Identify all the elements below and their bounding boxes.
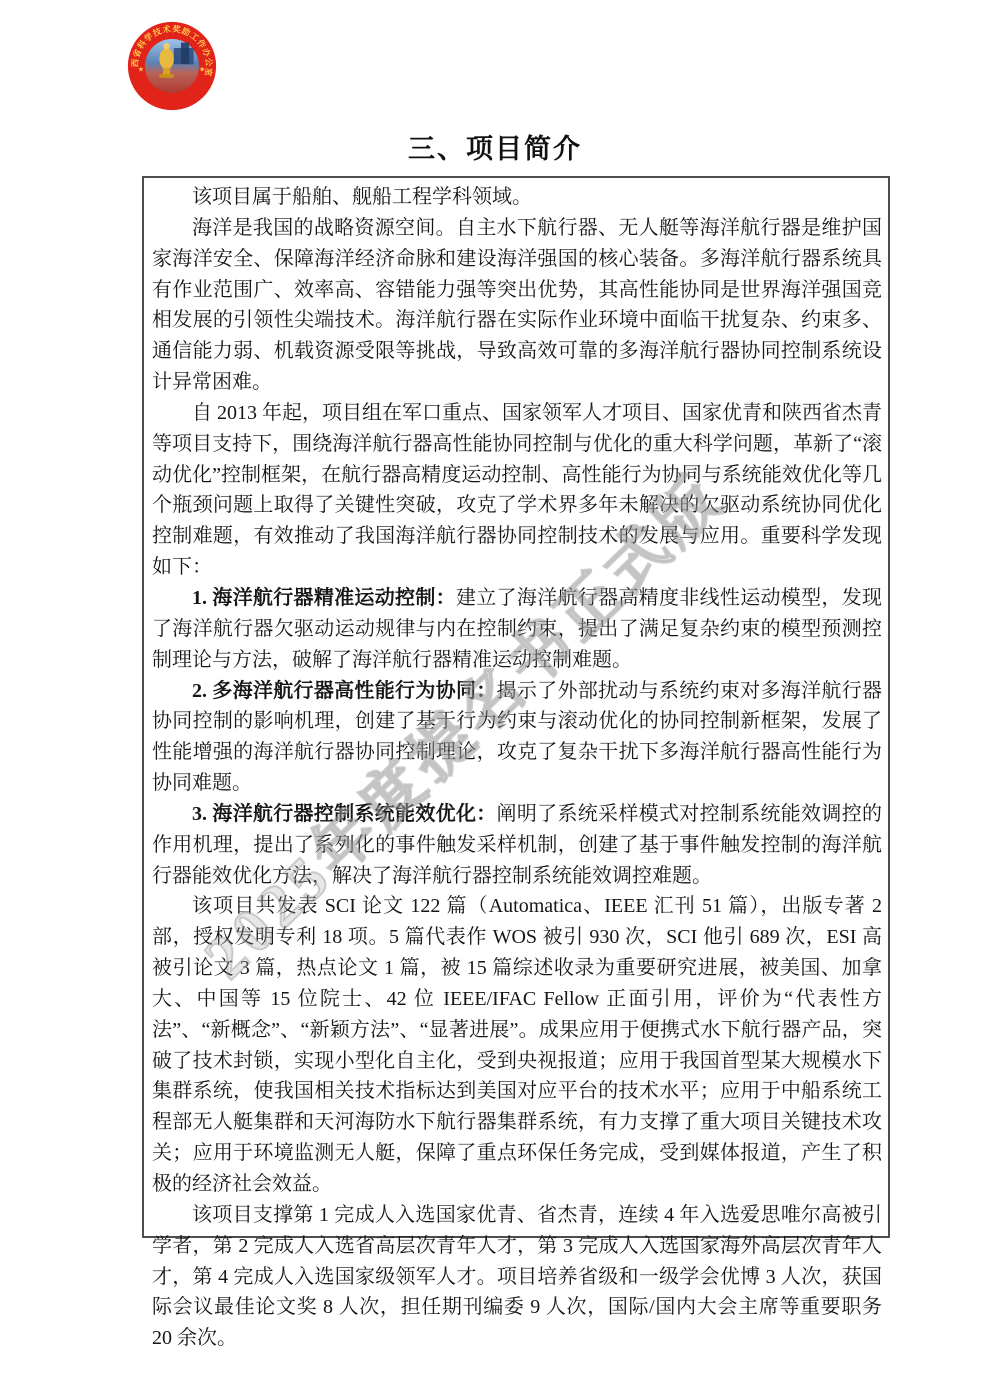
paragraph-text: 自 2013 年起，项目组在军口重点、国家领军人才项目、国家优青和陕西省杰青等项… [152,402,882,578]
seal-photo [145,39,199,93]
award-office-seal-logo: 陕西省科学技术奖励工作办公室 ★ ★ [127,21,217,111]
paragraph-text: 该项目共发表 SCI 论文 122 篇（Automatica、IEEE 汇刊 5… [152,895,882,1195]
paragraph-background: 海洋是我国的战略资源空间。自主水下航行器、无人艇等海洋航行器是维护国家海洋安全、… [152,213,882,398]
paragraph-text: 该项目属于船舶、舰船工程学科领域。 [192,186,532,208]
paragraph-discovery-1: 1. 海洋航行器精准运动控制：建立了海洋航行器高精度非线性运动模型，发现了海洋航… [152,583,882,676]
paragraph-talent-honors: 该项目支撑第 1 完成人入选国家优青、省杰青，连续 4 年入选爱思唯尔高被引学者… [152,1200,882,1354]
seal-star-right: ★ [199,65,205,73]
paragraph-text: 该项目支撑第 1 完成人入选国家优青、省杰青，连续 4 年入选爱思唯尔高被引学者… [152,1204,882,1349]
project-intro-box: 该项目属于船舶、舰船工程学科领域。 海洋是我国的战略资源空间。自主水下航行器、无… [142,176,890,1238]
paragraph-project-overview: 自 2013 年起，项目组在军口重点、国家领军人才项目、国家优青和陕西省杰青等项… [152,398,882,583]
seal-star-left: ★ [138,65,144,73]
paragraph-lead-bold: 3. 海洋航行器控制系统能效优化： [192,803,497,825]
paragraph-lead-bold: 1. 海洋航行器精准运动控制： [192,587,456,609]
paragraph-discipline: 该项目属于船舶、舰船工程学科领域。 [152,182,882,213]
paragraph-text: 海洋是我国的战略资源空间。自主水下航行器、无人艇等海洋航行器是维护国家海洋安全、… [152,217,882,393]
page-title: 三、项目简介 [0,127,990,166]
seal-graphic: 陕西省科学技术奖励工作办公室 ★ ★ [127,21,217,111]
paragraph-discovery-2: 2. 多海洋航行器高性能行为协同：揭示了外部扰动与系统约束对多海洋航行器协同控制… [152,676,882,799]
paragraph-discovery-3: 3. 海洋航行器控制系统能效优化：阐明了系统采样模式对控制系统能效调控的作用机理… [152,799,882,892]
seal-building-tower [181,43,189,65]
paragraph-publications-impact: 该项目共发表 SCI 论文 122 篇（Automatica、IEEE 汇刊 5… [152,891,882,1199]
paragraph-lead-bold: 2. 多海洋航行器高性能行为协同： [192,680,497,702]
